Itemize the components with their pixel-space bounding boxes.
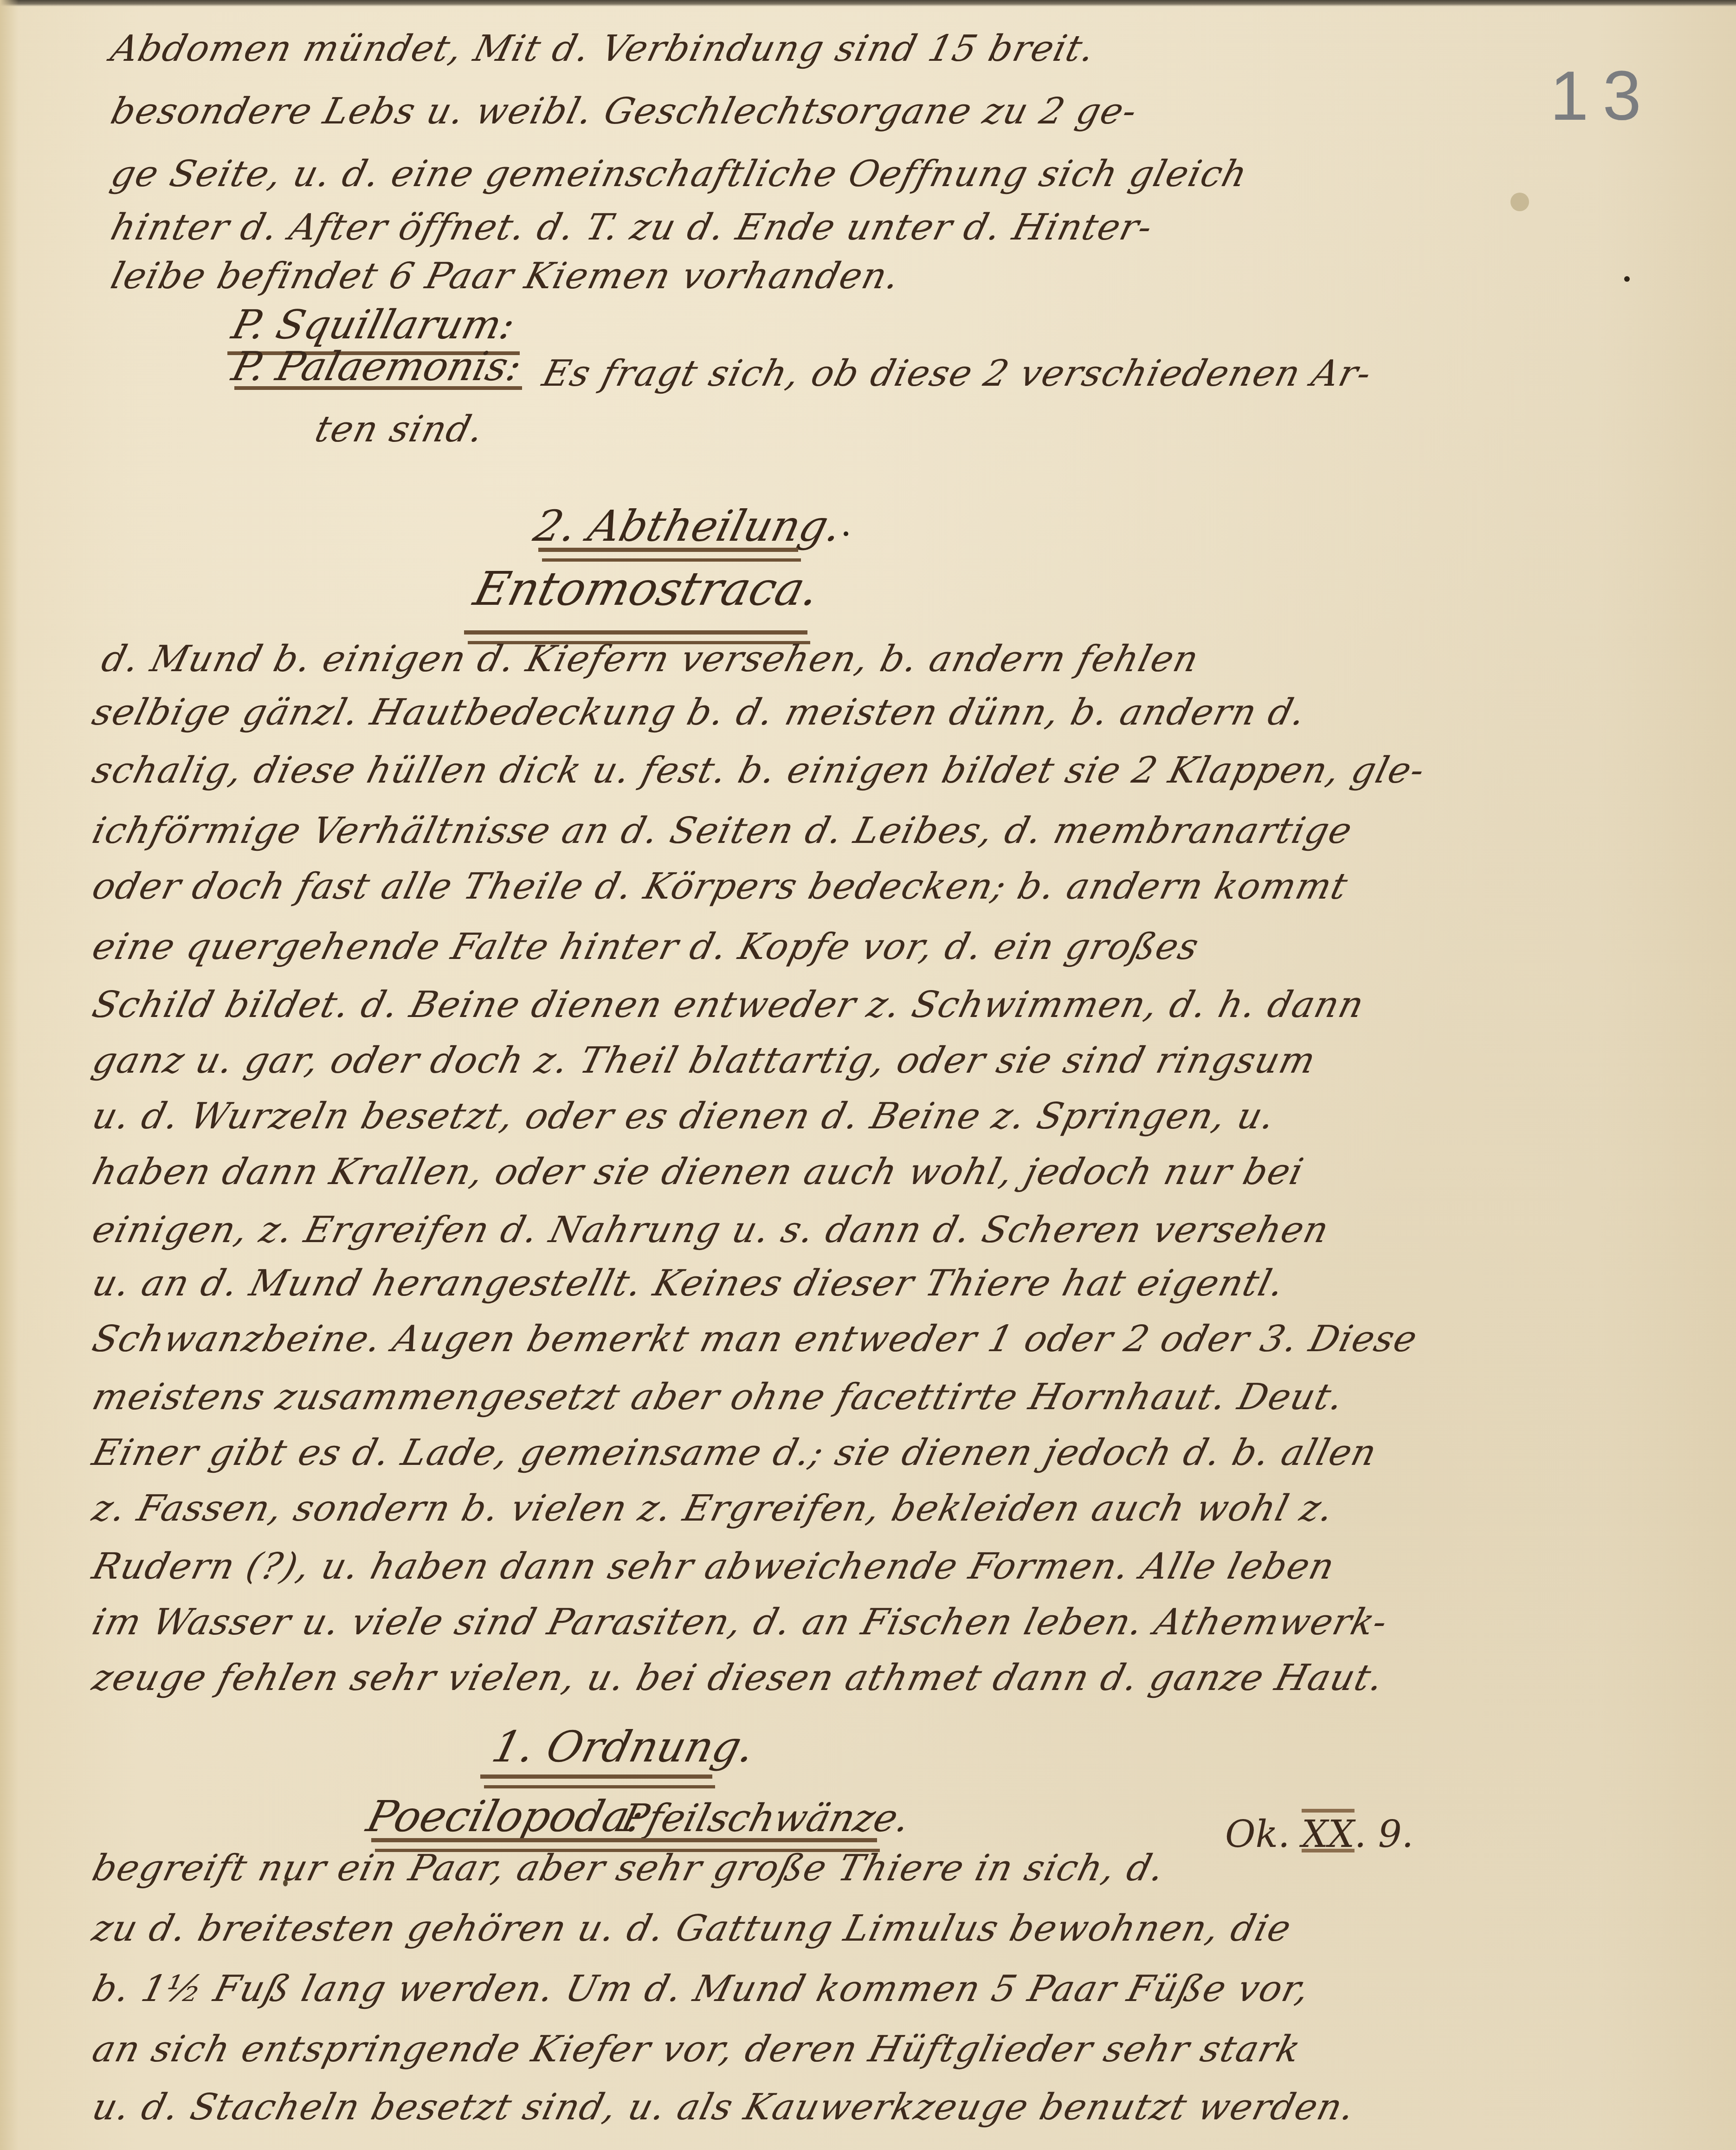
text-line: eine quergehende Falte hinter d. Kopfe v…: [88, 926, 1203, 968]
text-line: z. Fassen, sondern b. vielen z. Ergreife…: [88, 1488, 1339, 1529]
order-number-double-underline: [480, 1774, 712, 1779]
paper-stain: [1510, 193, 1529, 211]
margin-reference-note: Ok. XX. 9.: [1225, 1813, 1413, 1856]
text-line: ichförmige Verhältnisse an d. Seiten d. …: [88, 810, 1357, 852]
text-line: leibe befindet 6 Paar Kiemen vorhanden.: [107, 255, 904, 297]
order-common-name: Pfeilschwänze.: [617, 1796, 915, 1840]
species-note: Es fragt sich, ob diese 2 verschiedenen …: [538, 353, 1376, 395]
division-title: 2. Abtheilung.: [529, 501, 847, 551]
text-line: u. d. Stacheln besetzt sind, u. als Kauw…: [88, 2086, 1360, 2128]
text-line: zeuge fehlen sehr vielen, u. bei diesen …: [88, 1657, 1388, 1699]
book-top-edge: [0, 0, 1736, 6]
species-name: P. Palaemonis:: [227, 343, 526, 390]
text-line: u. d. Wurzeln besetzt, oder es dienen d.…: [88, 1095, 1280, 1137]
manuscript-page: 13 Abdomen mündet, Mit d. Verbindung sin…: [0, 0, 1736, 2150]
margin-note-prefix: Ok.: [1225, 1813, 1290, 1856]
section-title: Entomostraca.: [469, 562, 825, 616]
text-line: einigen, z. Ergreifen d. Nahrung u. s. d…: [88, 1209, 1334, 1251]
species-note-continuation: ten sind.: [311, 408, 489, 450]
ink-speck: [844, 531, 848, 536]
page-number: 13: [1550, 56, 1655, 136]
text-line: Einer gibt es d. Lade, gemeinsame d.; si…: [88, 1432, 1381, 1474]
text-line: selbige gänzl. Hautbedeckung b. d. meist…: [88, 692, 1310, 733]
ink-speck: [1624, 276, 1630, 282]
page-gutter-shadow: [0, 0, 19, 2150]
order-title-double-underline: [371, 1838, 877, 1842]
text-line: ge Seite, u. d. eine gemeinschaftliche O…: [107, 153, 1252, 195]
species-name-underline: [234, 386, 522, 390]
text-line: im Wasser u. viele sind Parasiten, d. an…: [88, 1601, 1392, 1643]
text-line: d. Mund b. einigen d. Kiefern versehen, …: [97, 638, 1203, 680]
margin-note-roman: XX: [1302, 1813, 1355, 1856]
text-line: b. 1½ Fuß lang werden. Um d. Mund kommen…: [88, 1968, 1315, 2010]
text-line: hinter d. After öffnet. d. T. zu d. Ende…: [107, 207, 1157, 248]
text-line: Rudern (?), u. haben dann sehr abweichen…: [88, 1546, 1339, 1587]
text-line: Schwanzbeine. Augen bemerkt man entweder…: [88, 1318, 1422, 1360]
order-title: Poecilopoda:: [362, 1792, 649, 1841]
section-title-double-underline: [464, 630, 807, 635]
text-line: ganz u. gar, oder doch z. Theil blattart…: [88, 1040, 1320, 1081]
text-line: schalig, diese hüllen dick u. fest. b. e…: [88, 750, 1430, 791]
division-double-underline: [538, 548, 798, 552]
text-line: meistens zusammengesetzt aber ohne facet…: [88, 1376, 1349, 1418]
text-line: u. an d. Mund herangestellt. Keines dies…: [88, 1263, 1289, 1304]
order-number: 1. Ordnung.: [487, 1722, 760, 1772]
text-line: an sich entspringende Kiefer vor, deren …: [88, 2028, 1305, 2070]
ink-speck: [283, 1880, 288, 1886]
text-line: besondere Lebs u. weibl. Geschlechtsorga…: [107, 91, 1142, 132]
text-line: begreift nur ein Paar, aber sehr große T…: [88, 1847, 1169, 1889]
species-name: P. Squillarum:: [227, 302, 520, 348]
margin-note-suffix: . 9.: [1355, 1813, 1413, 1856]
text-line: haben dann Krallen, oder sie dienen auch…: [88, 1151, 1308, 1193]
text-line: Abdomen mündet, Mit d. Verbindung sind 1…: [107, 28, 1100, 70]
text-line: oder doch fast alle Theile d. Körpers be…: [88, 866, 1352, 907]
text-line: zu d. breitesten gehören u. d. Gattung L…: [88, 1908, 1296, 1949]
text-line: Schild bildet. d. Beine dienen entweder …: [88, 984, 1369, 1026]
